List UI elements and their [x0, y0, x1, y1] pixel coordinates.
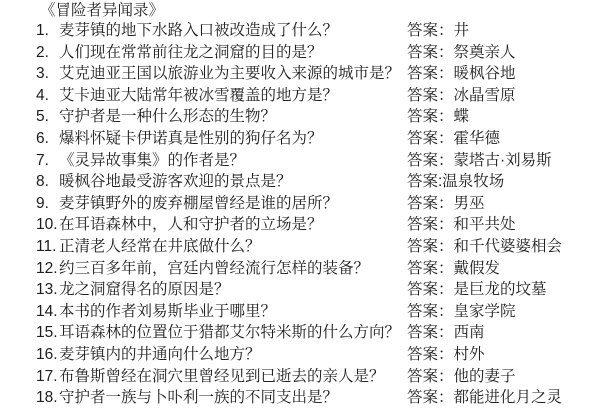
question-text: 布鲁斯曾经在洞穴里曾经见到已逝去的亲人是？: [59, 366, 407, 388]
question-text: 耳语森林的位置位于猎都艾尔特米斯的什么方向？: [59, 322, 407, 344]
question-number: 1.: [36, 20, 59, 42]
answer-text: 答案：冰晶雪原: [407, 85, 516, 107]
question-number: 5.: [36, 106, 59, 128]
answer-text: 答案：暖枫谷地: [407, 63, 516, 85]
question-number: 12.: [36, 258, 59, 280]
question-text: 守护者一族与卜卟利一族的不同支出是？: [59, 387, 407, 409]
question-number: 2.: [36, 42, 59, 64]
answer-text: 答案：皇家学院: [407, 301, 516, 323]
question-number: 13.: [36, 279, 59, 301]
qa-row: 5. 守护者是一种什么形态的生物？ 答案：蝶: [0, 106, 600, 128]
answer-text: 答案：村外: [407, 344, 485, 366]
qa-row: 16. 麦芽镇内的井通向什么地方？ 答案：村外: [0, 344, 600, 366]
question-number: 15.: [36, 322, 59, 344]
question-number: 11.: [36, 236, 59, 258]
question-number: 3.: [36, 63, 59, 85]
question-text: 约三百多年前，宫廷内曾经流行怎样的装备？: [59, 258, 407, 280]
qa-row: 8. 暖枫谷地最受游客欢迎的景点是？ 答案:温泉牧场: [0, 171, 600, 193]
question-number: 10.: [36, 214, 59, 236]
question-text: 艾卡迪亚大陆常年被冰雪覆盖的地方是？: [59, 85, 407, 107]
document-page: 《冒险者异闻录》 1. 麦芽镇的地下水路入口被改造成了什么？ 答案：井 2. 人…: [0, 0, 600, 409]
qa-row: 14. 本书的作者刘易斯毕业于哪里？ 答案：皇家学院: [0, 301, 600, 323]
answer-text: 答案：和千代婆婆相会: [407, 236, 562, 258]
question-text: 守护者是一种什么形态的生物？: [59, 106, 407, 128]
qa-row: 6. 爆料怀疑卡伊诺真是性别的狗仔名为？ 答案：霍华德: [0, 128, 600, 150]
answer-text: 答案：祭奠亲人: [407, 42, 516, 64]
answer-text: 答案：他的妻子: [407, 366, 516, 388]
qa-row: 7. 《灵异故事集》的作者是？ 答案：蒙塔古·刘易斯: [0, 150, 600, 172]
answer-text: 答案：霍华德: [407, 128, 500, 150]
question-number: 18.: [36, 387, 59, 409]
qa-row: 17. 布鲁斯曾经在洞穴里曾经见到已逝去的亲人是？ 答案：他的妻子: [0, 366, 600, 388]
question-number: 7.: [36, 150, 59, 172]
question-text: 《灵异故事集》的作者是？: [59, 150, 407, 172]
qa-row: 12. 约三百多年前，宫廷内曾经流行怎样的装备？ 答案：戴假发: [0, 258, 600, 280]
question-text: 暖枫谷地最受游客欢迎的景点是？: [59, 171, 407, 193]
question-text: 正清老人经常在井底做什么？: [59, 236, 407, 258]
question-number: 9.: [36, 193, 59, 215]
question-number: 8.: [36, 171, 59, 193]
answer-text: 答案：和平共处: [407, 214, 516, 236]
answer-text: 答案：蝶: [407, 106, 469, 128]
answer-text: 答案：都能进化月之灵: [407, 387, 562, 409]
answer-text: 答案：是巨龙的坟墓: [407, 279, 547, 301]
qa-row: 10. 在耳语森林中，人和守护者的立场是？ 答案：和平共处: [0, 214, 600, 236]
question-text: 在耳语森林中，人和守护者的立场是？: [59, 214, 407, 236]
qa-row: 9. 麦芽镇野外的废弃棚屋曾经是谁的居所？ 答案：男巫: [0, 193, 600, 215]
qa-row: 18. 守护者一族与卜卟利一族的不同支出是？ 答案：都能进化月之灵: [0, 387, 600, 409]
answer-text: 答案：西南: [407, 322, 485, 344]
question-number: 6.: [36, 128, 59, 150]
qa-row: 2. 人们现在常常前往龙之洞窟的目的是？ 答案：祭奠亲人: [0, 42, 600, 64]
qa-row: 13. 龙之洞窟得名的原因是？ 答案：是巨龙的坟墓: [0, 279, 600, 301]
answer-text: 答案：井: [407, 20, 469, 42]
answer-text: 答案：戴假发: [407, 258, 500, 280]
question-text: 本书的作者刘易斯毕业于哪里？: [59, 301, 407, 323]
qa-row: 11. 正清老人经常在井底做什么？ 答案：和千代婆婆相会: [0, 236, 600, 258]
question-text: 爆料怀疑卡伊诺真是性别的狗仔名为？: [59, 128, 407, 150]
answer-text: 答案：蒙塔古·刘易斯: [407, 150, 552, 172]
qa-row: 1. 麦芽镇的地下水路入口被改造成了什么？ 答案：井: [0, 20, 600, 42]
question-number: 14.: [36, 301, 59, 323]
question-text: 麦芽镇内的井通向什么地方？: [59, 344, 407, 366]
question-number: 4.: [36, 85, 59, 107]
question-text: 艾克迪亚王国以旅游业为主要收入来源的城市是？: [59, 63, 407, 85]
qa-row: 15. 耳语森林的位置位于猎都艾尔特米斯的什么方向？ 答案：西南: [0, 322, 600, 344]
qa-row: 4. 艾卡迪亚大陆常年被冰雪覆盖的地方是？ 答案：冰晶雪原: [0, 85, 600, 107]
question-text: 人们现在常常前往龙之洞窟的目的是？: [59, 42, 407, 64]
answer-text: 答案:温泉牧场: [407, 171, 504, 193]
question-number: 16.: [36, 344, 59, 366]
answer-text: 答案：男巫: [407, 193, 485, 215]
question-number: 17.: [36, 366, 59, 388]
document-title: 《冒险者异闻录》: [0, 1, 600, 20]
question-text: 麦芽镇的地下水路入口被改造成了什么？: [59, 20, 407, 42]
question-text: 龙之洞窟得名的原因是？: [59, 279, 407, 301]
qa-row: 3. 艾克迪亚王国以旅游业为主要收入来源的城市是？ 答案：暖枫谷地: [0, 63, 600, 85]
question-text: 麦芽镇野外的废弃棚屋曾经是谁的居所？: [59, 193, 407, 215]
